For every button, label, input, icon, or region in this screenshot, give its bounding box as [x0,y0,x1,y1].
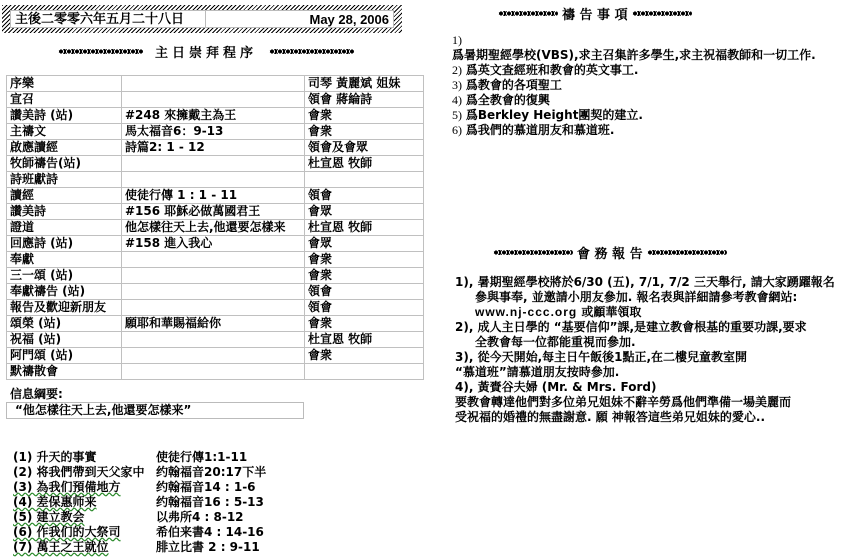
table-row: 讚美詩 (站)#248 來擁戴主為王會衆 [7,108,424,124]
program-item: 祝福 (站) [7,332,122,348]
outline-reference: 希伯来書4 : 14-16 [156,525,264,540]
outline-point: (6) 作我们的大祭司 [13,525,156,540]
table-row: 序樂司琴 黃麗斌 姐妹 [7,76,424,92]
program-item: 啟應讀經 [7,140,122,156]
ornament-right-icon [647,250,727,255]
outline-item: (1) 升天的事實使徒行傳1:1-11 [13,450,266,465]
outline-reference: 约翰福音16 : 5-13 [156,495,264,510]
ornament-right-icon [269,49,354,54]
program-leader [305,172,424,188]
outline-reference: 腓立比書 2 : 9-11 [156,540,260,555]
prayer-item: 1)爲暑期聖經學校(VBS),求主召集許多學生,求主祝福教師和一切工作. [452,33,847,63]
church-website-link[interactable]: www.nj-ccc.org [475,305,577,319]
announcement-line: 3), 從今天開始,每主日午飯後1點正,在二樓兒童教室開 [455,350,850,365]
worship-order-table: 序樂司琴 黃麗斌 姐妹宣召領會 蔣綸詩讚美詩 (站)#248 來擁戴主為王會衆主… [6,75,424,380]
table-row: 祝福 (站)杜宣恩 牧師 [7,332,424,348]
prayer-item-number: 3) [452,78,462,92]
program-leader: 會眾 [305,236,424,252]
program-content: 他怎樣往天上去,他還要怎樣来 [122,220,305,236]
program-content: 詩篇2: 1 - 12 [122,140,305,156]
sermon-title-box: “他怎樣往天上去,他還要怎樣来” [6,402,304,419]
program-item: 主禱文 [7,124,122,140]
ornament-left-icon [493,250,573,255]
prayer-item-text: 爲教會的各項聖工 [466,78,562,92]
table-row: 回應詩 (站)#158 進入我心會眾 [7,236,424,252]
prayer-item: 4) 爲全教會的復興 [452,93,847,108]
table-row: 讀經使徒行傳 1 : 1 - 11領會 [7,188,424,204]
outline-item: (2) 将我們帶到天父家中约翰福音20:17下半 [13,465,266,480]
program-item: 宣召 [7,92,122,108]
announcements-heading: 會 務 報 告 [493,243,727,262]
program-leader: 杜宣恩 牧師 [305,156,424,172]
program-leader [305,364,424,380]
program-leader: 領會 [305,284,424,300]
announcement-text: 或顧華領取 [577,305,641,319]
ornament-left-icon [498,11,558,16]
program-content: #158 進入我心 [122,236,305,252]
prayer-item: 6) 爲我們的慕道朋友和慕道班. [452,123,847,138]
outline-point-text: (3) 為我们預備地方 [13,480,121,494]
program-item: 阿門頌 (站) [7,348,122,364]
program-content: #156 耶穌必做萬國君王 [122,204,305,220]
worship-order-heading: 主日崇拜程序 [58,42,354,61]
program-content [122,332,305,348]
program-leader: 領會 [305,188,424,204]
program-content [122,300,305,316]
table-row: 三一頌 (站)會衆 [7,268,424,284]
announcement-line: 1), 暑期聖經學校將於6/30 (五), 7/1, 7/2 三天舉行, 請大家… [455,275,850,290]
prayer-item-text: 爲我們的慕道朋友和慕道班. [466,123,615,137]
announcement-line: 4), 黃賚谷夫婦 (Mr. & Mrs. Ford) [455,380,850,395]
outline-point: (3) 為我们預備地方 [13,480,156,495]
date-chinese: 主後二零零六年五月二十八日 [11,11,206,27]
outline-reference: 使徒行傳1:1-11 [156,450,247,465]
program-leader: 領會及會眾 [305,140,424,156]
program-item: 讚美詩 [7,204,122,220]
prayer-item-number: 4) [452,93,462,107]
program-leader: 會衆 [305,316,424,332]
announcement-line: 受祝福的婚禮的無盡謝意. 願 神報答這些弟兄姐妹的愛心.. [455,410,850,425]
prayer-items-title: 禱 告 事 項 [562,4,628,23]
program-content [122,172,305,188]
program-content: 馬太福音6：9-13 [122,124,305,140]
program-item: 讀經 [7,188,122,204]
outline-reference: 约翰福音14 : 1-6 [156,480,256,495]
sermon-outline-list: (1) 升天的事實使徒行傳1:1-11(2) 将我們帶到天父家中约翰福音20:1… [13,450,266,555]
ornament-right-icon [632,11,692,16]
outline-point-text: (7) 萬王之王就位 [13,540,109,554]
announcement-item: 4), 黃賚谷夫婦 (Mr. & Mrs. Ford)要教會轉達他們對多位弟兄姐… [455,380,850,425]
date-header-inner: 主後二零零六年五月二十八日 May 28, 2006 [10,10,394,28]
program-item: 默禱散會 [7,364,122,380]
announcements-title: 會 務 報 告 [577,243,643,262]
table-row: 詩班獻詩 [7,172,424,188]
outline-point-text: (5) 建立教会 [13,510,85,524]
program-leader: 領會 蔣綸詩 [305,92,424,108]
program-leader: 會衆 [305,348,424,364]
table-row: 阿門頌 (站)會衆 [7,348,424,364]
prayer-item-number: 2) [452,63,462,77]
program-leader: 會衆 [305,268,424,284]
announcement-item: 3), 從今天開始,每主日午飯後1點正,在二樓兒童教室開“慕道班”請慕道朋友按時… [455,350,850,380]
program-leader: 會衆 [305,108,424,124]
program-item: 頌榮 (站) [7,316,122,332]
program-leader: 杜宣恩 牧師 [305,332,424,348]
program-content: 使徒行傳 1 : 1 - 11 [122,188,305,204]
outline-point-text: (6) 作我们的大祭司 [13,525,121,539]
program-leader: 會眾 [305,204,424,220]
prayer-items-heading: 禱 告 事 項 [498,4,692,23]
announcement-line: 2), 成人主日學的 “基要信仰”課,是建立教會根基的重要功課,要求 [455,320,850,335]
outline-point: (5) 建立教会 [13,510,156,525]
table-row: 頌榮 (站)願耶和華賜福給你會衆 [7,316,424,332]
program-content [122,268,305,284]
prayer-item-number: 1) [452,33,462,47]
table-row: 主禱文馬太福音6：9-13會衆 [7,124,424,140]
date-english: May 28, 2006 [206,11,393,27]
outline-item: (6) 作我们的大祭司希伯来書4 : 14-16 [13,525,266,540]
table-row: 證道他怎樣往天上去,他還要怎樣来杜宣恩 牧師 [7,220,424,236]
table-row: 讚美詩#156 耶穌必做萬國君王會眾 [7,204,424,220]
announcement-line: www.nj-ccc.org 或顧華領取 [455,305,850,320]
program-leader: 杜宣恩 牧師 [305,220,424,236]
program-leader: 領會 [305,300,424,316]
program-content [122,284,305,300]
prayer-item-text: 爲全教會的復興 [466,93,550,107]
program-item: 牧師禱告(站) [7,156,122,172]
table-row: 啟應讀經詩篇2: 1 - 12領會及會眾 [7,140,424,156]
outline-point-text: (4) 差保惠师来 [13,495,97,509]
table-row: 報告及歡迎新朋友領會 [7,300,424,316]
program-content [122,156,305,172]
outline-item: (4) 差保惠师来约翰福音16 : 5-13 [13,495,266,510]
outline-reference: 以弗所4 : 8-12 [156,510,244,525]
program-leader: 會衆 [305,124,424,140]
outline-item: (7) 萬王之王就位腓立比書 2 : 9-11 [13,540,266,555]
program-item: 詩班獻詩 [7,172,122,188]
announcement-line: 要教會轉達他們對多位弟兄姐妹不辭辛勞爲他們準備一場美麗而 [455,395,850,410]
ornament-left-icon [58,49,143,54]
table-row: 奉獻禱告 (站)領會 [7,284,424,300]
prayer-item-text: 爲英文查經班和教會的英文事工. [466,63,639,77]
outline-point: (7) 萬王之王就位 [13,540,156,555]
prayer-item-number: 5) [452,108,462,122]
announcement-item: 2), 成人主日學的 “基要信仰”課,是建立教會根基的重要功課,要求全教會每一位… [455,320,850,350]
table-row: 牧師禱告(站)杜宣恩 牧師 [7,156,424,172]
prayer-item: 5) 爲Berkley Height團契的建立. [452,108,847,123]
program-content [122,76,305,92]
outline-point: (4) 差保惠师来 [13,495,156,510]
program-content: 願耶和華賜福給你 [122,316,305,332]
prayer-item-text: 爲Berkley Height團契的建立. [466,108,643,122]
table-row: 宣召領會 蔣綸詩 [7,92,424,108]
outline-point: (2) 将我們帶到天父家中 [13,465,156,480]
prayer-items-list: 1)爲暑期聖經學校(VBS),求主召集許多學生,求主祝福教師和一切工作.2) 爲… [452,33,847,138]
program-item: 三一頌 (站) [7,268,122,284]
worship-order-title: 主日崇拜程序 [155,42,257,61]
program-content [122,92,305,108]
table-row: 奉獻會衆 [7,252,424,268]
announcement-line: 全教會每一位都能重視而參加. [455,335,850,350]
program-item: 序樂 [7,76,122,92]
prayer-item-text: 爲暑期聖經學校(VBS),求主召集許多學生,求主祝福教師和一切工作. [452,48,816,62]
program-leader: 司琴 黃麗斌 姐妹 [305,76,424,92]
program-content: #248 來擁戴主為王 [122,108,305,124]
program-item: 讚美詩 (站) [7,108,122,124]
outline-point-text: (2) 将我們帶到天父家中 [13,465,145,479]
program-item: 證道 [7,220,122,236]
table-row: 默禱散會 [7,364,424,380]
program-item: 回應詩 (站) [7,236,122,252]
program-item: 報告及歡迎新朋友 [7,300,122,316]
outline-reference: 约翰福音20:17下半 [156,465,266,480]
sermon-outline-label: 信息綱要: [10,385,63,402]
program-content [122,364,305,380]
prayer-item: 3) 爲教會的各項聖工 [452,78,847,93]
prayer-item: 2) 爲英文查經班和教會的英文事工. [452,63,847,78]
program-item: 奉獻禱告 (站) [7,284,122,300]
outline-point: (1) 升天的事實 [13,450,156,465]
announcement-line: “慕道班”請慕道朋友按時參加. [455,365,850,380]
outline-point-text: (1) 升天的事實 [13,450,97,464]
program-leader: 會衆 [305,252,424,268]
program-item: 奉獻 [7,252,122,268]
prayer-item-number: 6) [452,123,462,137]
announcement-line: 參與事奉, 並邀請小朋友參加. 報名表與詳細請參考教會網站: [455,290,850,305]
outline-item: (3) 為我们預備地方约翰福音14 : 1-6 [13,480,266,495]
program-content [122,348,305,364]
outline-item: (5) 建立教会以弗所4 : 8-12 [13,510,266,525]
date-header-frame: 主後二零零六年五月二十八日 May 28, 2006 [2,5,402,33]
announcement-item: 1), 暑期聖經學校將於6/30 (五), 7/1, 7/2 三天舉行, 請大家… [455,275,850,320]
program-content [122,252,305,268]
announcements-list: 1), 暑期聖經學校將於6/30 (五), 7/1, 7/2 三天舉行, 請大家… [455,275,850,425]
